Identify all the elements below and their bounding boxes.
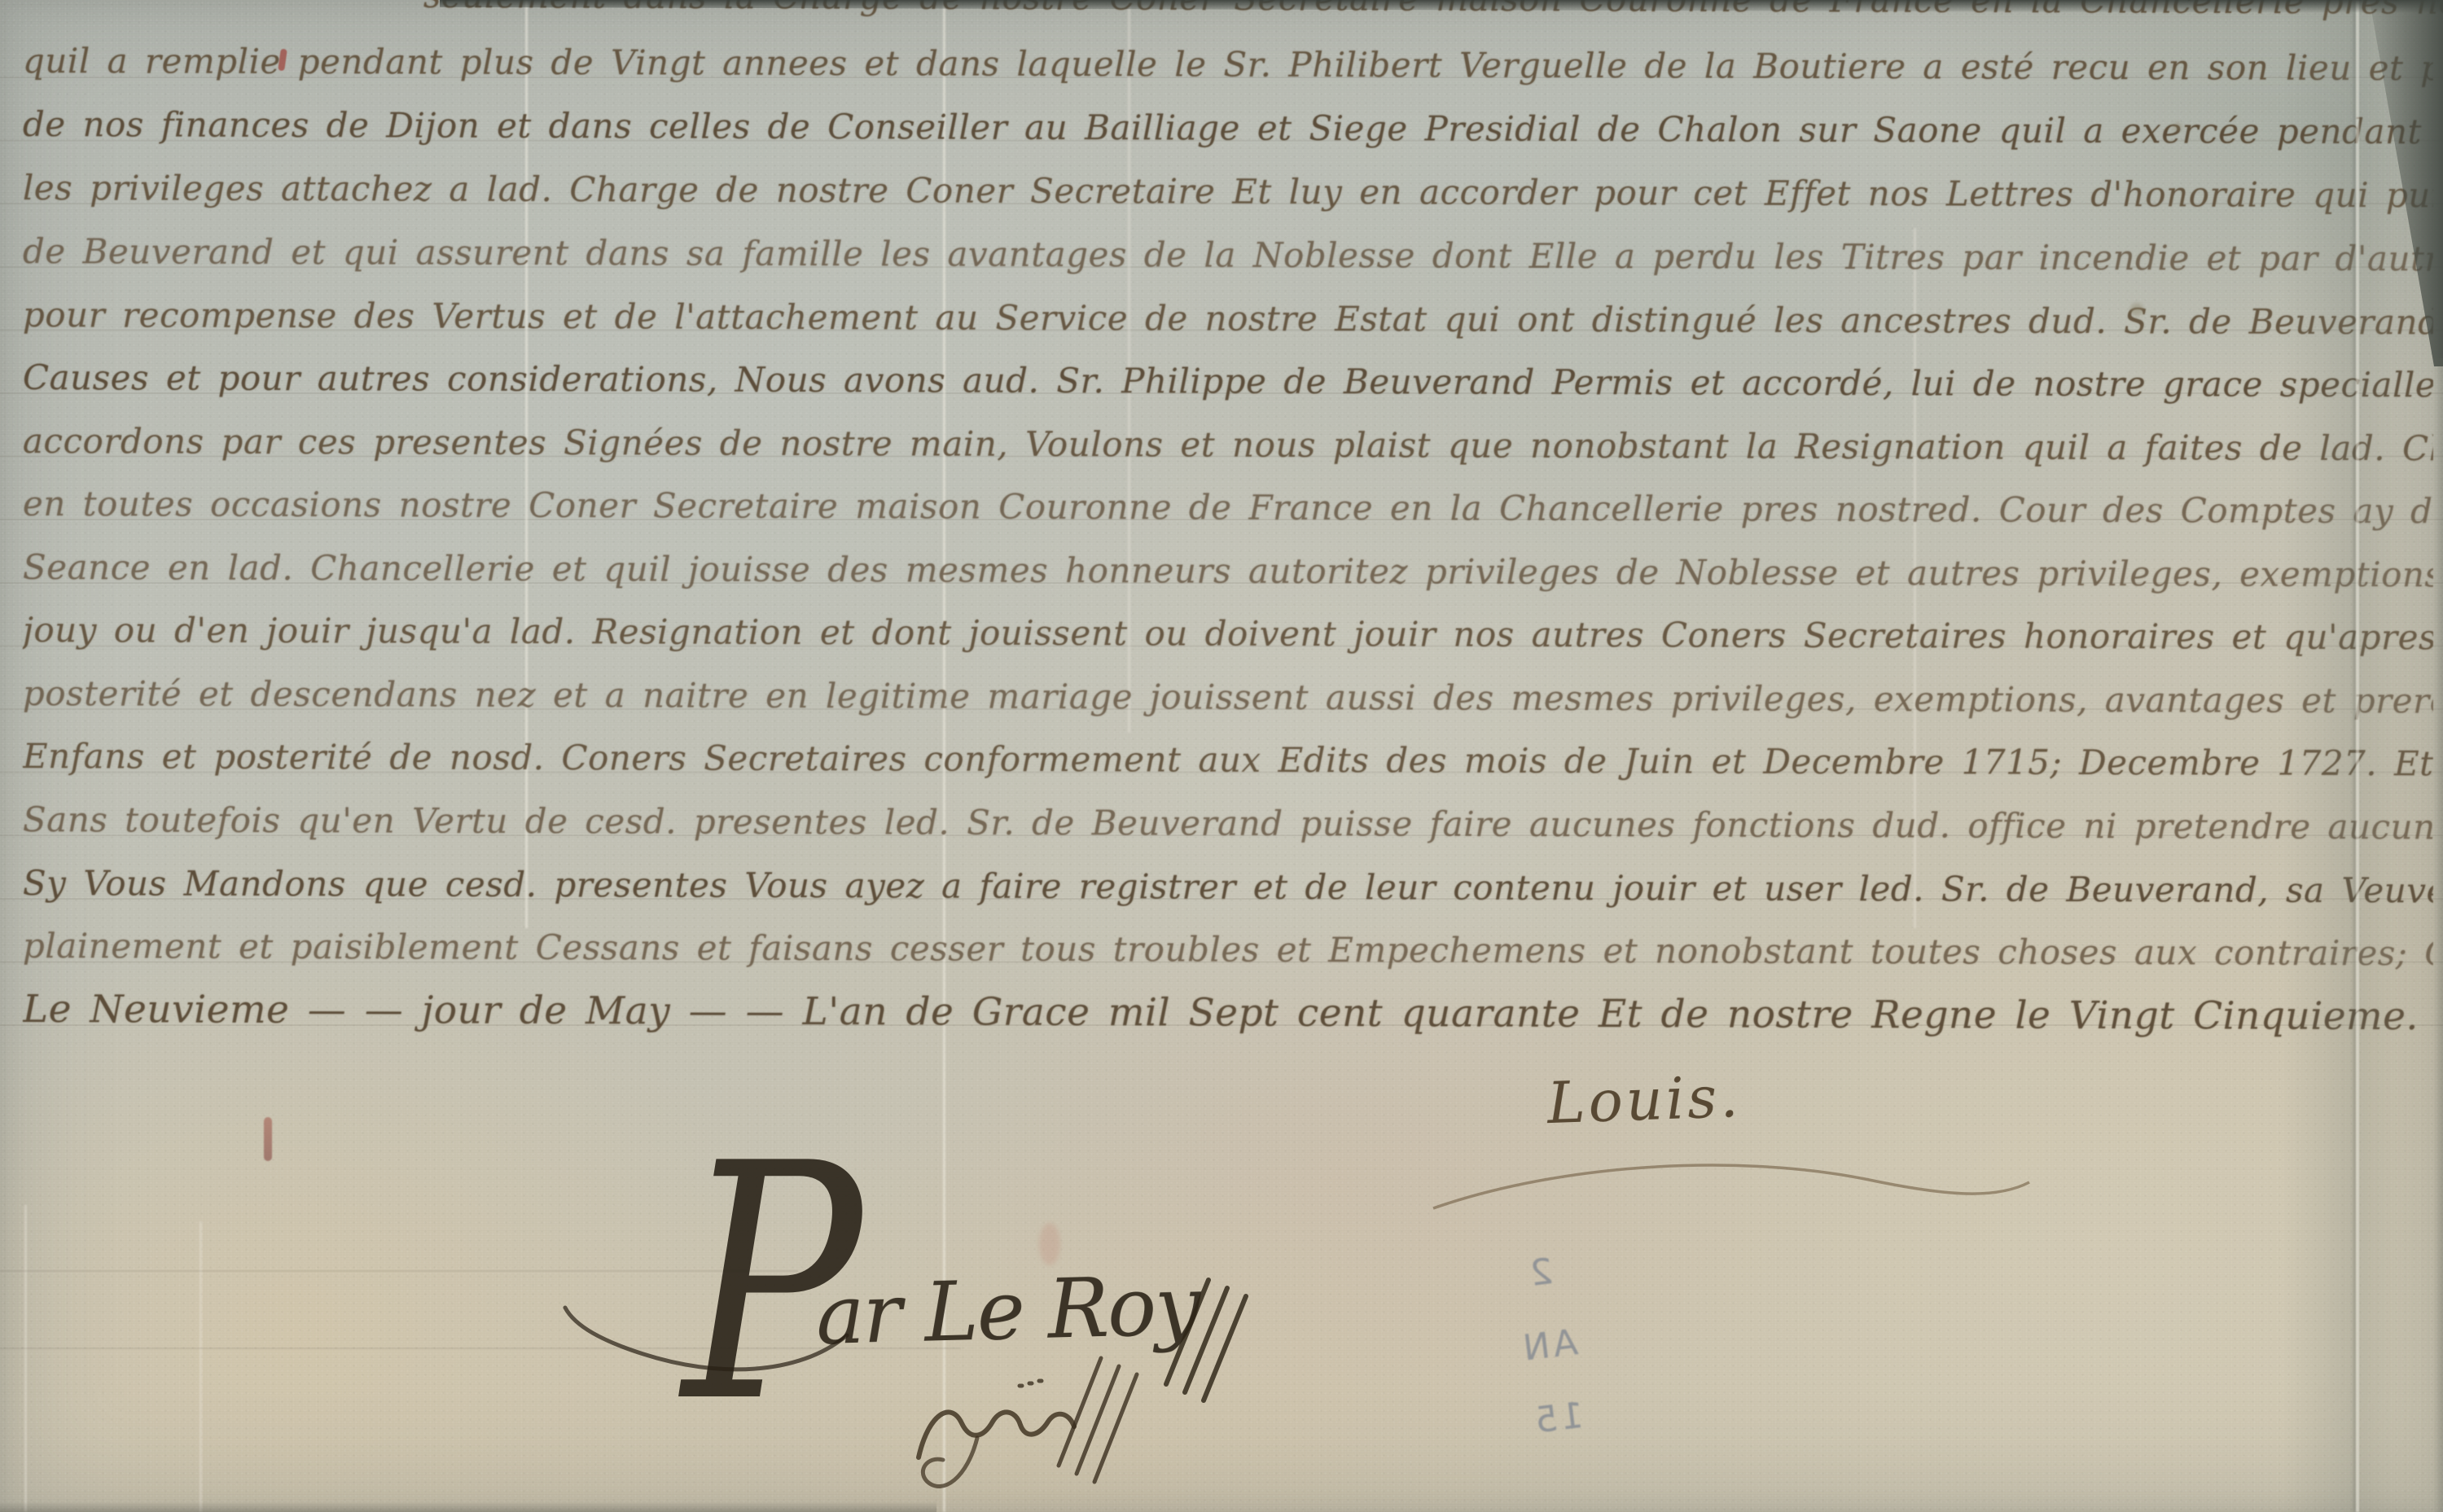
countersignature-descender [923,1438,977,1487]
manuscript-line: posterité et descendans nez et a naitre … [23,673,2433,721]
parchment-scan: seulement dans la Charge de nostre Coner… [0,0,2443,1512]
stamp-line: 2 [1479,1229,1601,1316]
manuscript-line: de nos finances de Dijon et dans celles … [23,104,2433,151]
countersignature-flourish [919,1412,1074,1457]
manuscript-line: Enfans et posterité de nosd. Coners Secr… [23,736,2433,783]
manuscript-line: les privileges attachez a lad. Charge de… [23,168,2433,215]
red-stain [264,1117,272,1161]
countersignature-paraph [1020,1358,1137,1482]
manuscript-line-partial: seulement dans la Charge de nostre Coner… [423,0,2443,23]
manuscript-line: Sans toutefois qu'en Vertu de cesd. pres… [23,800,2433,847]
rose-stain [1039,1223,1060,1265]
archival-stamp: 2 AN 15 [1479,1229,1619,1462]
manuscript-line: accordons par ces presentes Signées de n… [23,421,2433,468]
royal-signature: Louis. [1546,1063,1743,1137]
manuscript-date-line: Le Neuvieme — — jour de May — — L'an de … [23,987,2433,1039]
manuscript-line: plainement et paisiblement Cessans et fa… [23,926,2433,973]
subscription-par-le-roy: ar Le Roy [815,1265,1200,1356]
stamp-line: AN [1488,1303,1610,1389]
crease-line [24,1205,27,1512]
manuscript-line: en toutes occasions nostre Coner Secreta… [23,484,2433,531]
manuscript-line: Causes et pour autres considerations, No… [23,357,2433,405]
age-spot [2173,122,2182,132]
louis-underline-flourish [1433,1165,2029,1208]
manuscript-line: Sy Vous Mandons que cesd. presentes Vous… [23,863,2433,910]
age-spot [2130,303,2143,316]
manuscript-line: Seance en lad. Chancellerie et quil joui… [23,547,2433,594]
manuscript-line: quil a remplie pendant plus de Vingt ann… [23,41,2433,88]
crease-line [200,1221,202,1512]
manuscript-line: pour recompense des Vertus et de l'attac… [23,295,2433,342]
scanner-shadow-bottom [0,1501,936,1512]
fold-crease-line [2356,0,2359,1512]
stamp-line: 15 [1497,1375,1619,1462]
crease-line [0,1270,798,1272]
manuscript-line: de Beuverand et qui assurent dans sa fam… [23,231,2433,278]
manuscript-line: jouy ou d'en jouir jusqu'a lad. Resignat… [23,610,2433,657]
